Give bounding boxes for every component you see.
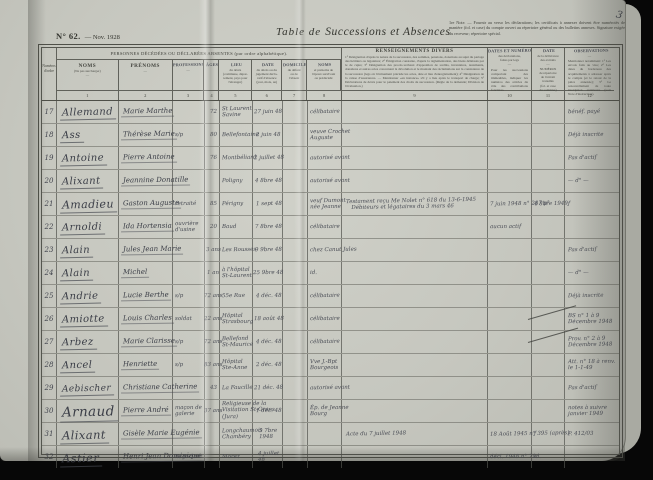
cell-profession: [173, 170, 205, 192]
cell-lieu-deces: à l'hôpital St-Laurent: [220, 262, 253, 284]
cell-declaration: [488, 331, 532, 353]
cell-epoux: célibataire: [308, 285, 342, 307]
cell-numero: 18: [42, 124, 57, 146]
cell-domicile: [283, 170, 308, 192]
cell-profession: négociant: [173, 446, 205, 468]
cell-declaration: décl. 1948 n° 79: [488, 446, 532, 468]
cell-observations: Att. n° 18 à renv. le 1-1-49: [565, 354, 614, 376]
cell-epoux: [308, 423, 342, 445]
cell-profession: retraité: [173, 193, 205, 215]
header-domicile: DOMICILE du défunt ou de l'absent: [282, 60, 307, 90]
cell-acte: [532, 377, 565, 399]
table-row: 17 Allemand Marie Marthe 72 St Laurent S…: [42, 101, 619, 124]
cell-lieu-deces: Poligny: [220, 170, 253, 192]
cell-prenoms: Marie Clarisse: [119, 331, 173, 353]
cell-age: 72: [205, 101, 220, 123]
header-numero-label: Numéros d'ordre: [42, 64, 55, 73]
cell-prenoms: Henri Jean Dominique: [119, 446, 173, 468]
cell-profession: [173, 239, 205, 261]
cell-observations: [565, 216, 614, 238]
cell-lieu-deces: St Laurent Savine: [220, 101, 253, 123]
cell-date-deces: 27 juin 48: [253, 101, 283, 123]
cell-acte: [532, 239, 565, 261]
cell-renseignements: [342, 147, 488, 169]
cell-observations: Pas d'actif: [565, 239, 614, 261]
cell-acte: [532, 400, 565, 422]
cell-age: 72 ans: [205, 331, 220, 353]
cell-renseignements: [342, 354, 488, 376]
cell-declaration: [488, 308, 532, 330]
cell-numero: 26: [42, 308, 57, 330]
cell-nom: Arnoldi: [57, 216, 119, 238]
cell-domicile: [283, 354, 308, 376]
document-page: N° 62. — Nov. 1928 Table de Successions …: [0, 0, 626, 461]
cell-lieu-deces: Morez: [220, 446, 253, 468]
cell-acte: [532, 101, 565, 123]
cell-observations: Déjà inscrite: [565, 285, 614, 307]
cell-lieu-deces: Bellefontaine: [220, 124, 253, 146]
form-date-label: — Nov. 1928: [85, 34, 120, 41]
cell-prenoms: Marie Marthe: [119, 101, 173, 123]
cell-acte: [532, 147, 565, 169]
cell-numero: 19: [42, 147, 57, 169]
cell-nom: Andrie: [57, 285, 119, 307]
cell-date-deces: 25 9bre 48: [253, 262, 283, 284]
cell-renseignements: [342, 170, 488, 192]
cell-age: 20: [205, 216, 220, 238]
cell-numero: 28: [42, 354, 57, 376]
header-acte: DATE de la délivrance des extraits — NUM…: [532, 48, 565, 100]
cell-nom: Alain: [57, 239, 119, 261]
cell-nom: Arnaud: [57, 400, 119, 422]
table-row: 31 Alixant Gisèle Marie Eugénie Longchau…: [42, 423, 619, 446]
cell-age: 83 ans: [205, 354, 220, 376]
cell-declaration: [488, 147, 532, 169]
cell-prenoms: Gisèle Marie Eugénie: [119, 423, 173, 445]
cell-nom: Arbez: [57, 331, 119, 353]
page-title-prefix: Table de: [276, 26, 321, 38]
cell-date-deces: 4 8bre 48: [253, 170, 283, 192]
cell-domicile: [283, 147, 308, 169]
form-number: N° 62. — Nov. 1928: [56, 26, 120, 44]
cell-numero: 27: [42, 331, 57, 353]
cell-date-deces: 2 déc. 48: [253, 354, 283, 376]
cell-observations: Pas d'actif: [565, 377, 614, 399]
cell-profession: [173, 377, 205, 399]
cell-observations: Déjà inscrite: [565, 124, 614, 146]
cell-lieu-deces: 55e Rue: [220, 285, 253, 307]
cell-domicile: [283, 193, 308, 215]
cell-declaration: [488, 101, 532, 123]
header-epoux: NOMS et prénoms de l'époux survivant ou …: [307, 60, 341, 90]
cell-age: 76: [205, 147, 220, 169]
table-row: 20 Alixant Jeannine Donatille Poligny 4 …: [42, 170, 619, 193]
cell-prenoms: Lucie Berthe: [119, 285, 173, 307]
scanned-register-page: N° 62. — Nov. 1928 Table de Successions …: [0, 0, 653, 480]
cell-domicile: [283, 377, 308, 399]
cell-nom: Alixant: [57, 423, 119, 445]
cell-profession: s/p: [173, 285, 205, 307]
table-frame: Numéros d'ordre PERSONNES DÉCÉDÉES OU DÉ…: [38, 44, 623, 458]
cell-date-deces: 9 9bre 48: [253, 239, 283, 261]
cell-epoux: célibataire: [308, 101, 342, 123]
nota-text: 1re Note. — Fournir au verso les déclara…: [449, 20, 625, 36]
cell-date-deces: 7 8bre 48: [253, 216, 283, 238]
cell-prenoms: Pierre Antoine: [119, 147, 173, 169]
cell-acte: [532, 331, 565, 353]
cell-observations: Prov. n° 2 à 9 Décembre 1948: [565, 331, 614, 353]
table-row: 18 Ass Thérèse Marie s/p 80 Bellefontain…: [42, 124, 619, 147]
cell-observations: Pas d'actif: [565, 147, 614, 169]
cell-date-deces: 4 juillet 48: [253, 446, 283, 468]
cell-lieu-deces: Hôpital Ste-Anne: [220, 354, 253, 376]
table-header: Numéros d'ordre PERSONNES DÉCÉDÉES OU DÉ…: [42, 48, 619, 101]
cell-domicile: [283, 331, 308, 353]
cell-domicile: [283, 124, 308, 146]
cell-acte: [532, 308, 565, 330]
cell-domicile: [283, 262, 308, 284]
table-row: 32 Astier Henri Jean Dominique négociant…: [42, 446, 619, 468]
table-row: 28 Ancel Henriette s/p 83 ans Hôpital St…: [42, 354, 619, 377]
table-row: 29 Aebischer Christiane Catherine 43 La …: [42, 377, 619, 400]
cell-prenoms: Jules Jean Marie: [119, 239, 173, 261]
cell-nom: Ancel: [57, 354, 119, 376]
cell-acte: [532, 216, 565, 238]
page-title-main: Successions et Absences: [325, 26, 450, 38]
cell-renseignements: [342, 239, 488, 261]
cell-prenoms: Gaston Auguste: [119, 193, 173, 215]
cell-age: 22 ans: [205, 308, 220, 330]
cell-acte: [532, 262, 565, 284]
header-prenoms: PRÉNOMS —: [119, 60, 173, 90]
cell-date-deces: 21 déc. 48: [253, 377, 283, 399]
cell-renseignements: [342, 331, 488, 353]
table-frame-inner: Numéros d'ordre PERSONNES DÉCÉDÉES OU DÉ…: [41, 47, 620, 455]
header-renseignements: RENSEIGNEMENTS DIVERS 1° Désignation d'a…: [342, 48, 488, 100]
table-row: 26 Amiotte Louis Charles soldat 22 ans H…: [42, 308, 619, 331]
cell-lieu-deces: Bellefond St-Maurice: [220, 331, 253, 353]
cell-numero: 30: [42, 400, 57, 422]
cell-acte: ƒ: [532, 423, 565, 445]
cell-renseignements: [342, 216, 488, 238]
cell-declaration: [488, 377, 532, 399]
cell-profession: s/p: [173, 331, 205, 353]
cell-age: 80: [205, 124, 220, 146]
cell-profession: s/p: [173, 354, 205, 376]
header-banner: PERSONNES DÉCÉDÉES OU DÉCLARÉES ABSENTES…: [57, 48, 341, 60]
header-columns-row: NOMS (Ne pas surcharger) — PRÉNOMS — PRO…: [57, 60, 341, 90]
header-date: DATE du décès ou du jugement décla- rati…: [252, 60, 282, 90]
cell-lieu-deces: Baud: [220, 216, 253, 238]
cell-epoux: autorisé avant: [308, 170, 342, 192]
table-row: 22 Arnoldi Ida Hortensia ouvrière d'usin…: [42, 216, 619, 239]
cell-declaration: [488, 262, 532, 284]
cell-epoux: célibataire: [308, 216, 342, 238]
cell-numero: 31: [42, 423, 57, 445]
cell-declaration: [488, 124, 532, 146]
cell-date-deces: 2 juin 48: [253, 124, 283, 146]
header-observations: OBSERVATIONS — Mentionner notamment: 1° …: [565, 48, 614, 100]
cell-profession: [173, 262, 205, 284]
cell-domicile: [283, 400, 308, 422]
cell-lieu-deces: Montbéliard: [220, 147, 253, 169]
cell-epoux: célibataire: [308, 331, 342, 353]
cell-prenoms: Ida Hortensia: [119, 216, 173, 238]
cell-renseignements: [342, 262, 488, 284]
cell-declaration: [488, 285, 532, 307]
cell-nom: Allemand: [57, 101, 119, 123]
cell-domicile: [283, 216, 308, 238]
cell-lieu-deces: Religieuse de la Visitation St-Orens (Ju…: [220, 400, 253, 422]
cell-numero: 21: [42, 193, 57, 215]
table-row: 27 Arbez Marie Clarisse s/p 72 ans Belle…: [42, 331, 619, 354]
cell-lieu-deces: Longchaumois Chambéry: [220, 423, 253, 445]
cell-numero: 20: [42, 170, 57, 192]
cell-numero: 22: [42, 216, 57, 238]
cell-nom: Astier: [57, 446, 119, 468]
cell-nom: Amiotte: [57, 308, 119, 330]
table-row: 24 Alain Michel 1 an à l'hôpital St-Laur…: [42, 262, 619, 285]
cell-date-deces: 2 juillet 48: [253, 147, 283, 169]
header-professions: PROFESSIONS —: [173, 60, 205, 90]
cell-epoux: id.: [308, 262, 342, 284]
cell-age: [205, 170, 220, 192]
cell-epoux: Vve J.-Bpt Bourgeois: [308, 354, 342, 376]
cell-lieu-deces: Hôpital Strasbourg: [220, 308, 253, 330]
cell-prenoms: Pierre André: [119, 400, 173, 422]
cell-renseignements: [342, 400, 488, 422]
header-lieu: LIEU du décès (commune, dépar- tement, p…: [219, 60, 252, 90]
cell-profession: s/p: [173, 124, 205, 146]
cell-prenoms: Henriette: [119, 354, 173, 376]
cell-numero: 29: [42, 377, 57, 399]
cell-prenoms: Thérèse Marie: [119, 124, 173, 146]
cell-observations: ƒ: [565, 193, 614, 215]
cell-prenoms: Michel: [119, 262, 173, 284]
cell-acte: id.: [532, 446, 565, 468]
cell-renseignements: [342, 285, 488, 307]
cell-renseignements: [342, 101, 488, 123]
cell-observations: — d° —: [565, 170, 614, 192]
cell-acte: 4 8bre 1949: [532, 193, 565, 215]
table-row: 30 Arnaud Pierre André maçon de galerie …: [42, 400, 619, 423]
header-personnes-block: PERSONNES DÉCÉDÉES OU DÉCLARÉES ABSENTES…: [57, 48, 342, 100]
cell-date-deces: 1 sept 48: [253, 193, 283, 215]
cell-observations: notes à suivre janvier 1949: [565, 400, 614, 422]
cell-lieu-deces: La Faucille: [220, 377, 253, 399]
cell-nom: Alixant: [57, 170, 119, 192]
cell-date-deces: 4 déc. 48: [253, 331, 283, 353]
cell-domicile: [283, 308, 308, 330]
cell-domicile: [283, 285, 308, 307]
cell-profession: soldat: [173, 308, 205, 330]
form-number-label: N° 62.: [56, 31, 81, 41]
cell-nom: Aebischer: [57, 377, 119, 399]
cell-profession: ouvrière d'usine: [173, 216, 205, 238]
cell-renseignements: Acte du 7 juillet 1948: [342, 423, 488, 445]
cell-profession: [173, 101, 205, 123]
cell-age: 37 ans: [205, 400, 220, 422]
cell-observations: P. 412/03: [565, 423, 614, 445]
cell-declaration: [488, 354, 532, 376]
cell-observations: BS n° 1 à 9 Décembre 1948: [565, 308, 614, 330]
cell-epoux: autorisé avant: [308, 147, 342, 169]
cell-nom: Antoine: [57, 147, 119, 169]
header-ages: ÂGES: [204, 60, 219, 90]
cell-epoux: célibataire: [308, 308, 342, 330]
cell-date-deces: 4 déc. 48: [253, 285, 283, 307]
header-declarations: DATES ET NUMÉROS des déclarations, faite…: [488, 48, 532, 100]
cell-declaration: [488, 170, 532, 192]
cell-observations: — d° —: [565, 262, 614, 284]
table-row: 25 Andrie Lucie Berthe s/p 72 ans 55e Ru…: [42, 285, 619, 308]
cell-prenoms: Louis Charles: [119, 308, 173, 330]
cell-domicile: [283, 446, 308, 468]
cell-date-deces: 5 7bre 1948: [253, 423, 283, 445]
cell-lieu-deces: Les Rousses: [220, 239, 253, 261]
cell-date-deces: 18 août 48: [253, 308, 283, 330]
page-title: Table de Successions et Absences: [276, 22, 451, 40]
table-row: 21 Amadieu Gaston Auguste retraité 85 Pé…: [42, 193, 619, 216]
cell-nom: Amadieu: [57, 193, 119, 215]
cell-declaration: 7 juin 1948 n° 287 p°: [488, 193, 532, 215]
cell-domicile: [283, 101, 308, 123]
header-numero: Numéros d'ordre: [42, 48, 57, 100]
cell-age: [205, 423, 220, 445]
cell-age: 1 an: [205, 262, 220, 284]
cell-age: 3 ans: [205, 239, 220, 261]
cell-age: 85: [205, 193, 220, 215]
cell-profession: maçon de galerie: [173, 400, 205, 422]
cell-renseignements: [342, 308, 488, 330]
cell-prenoms: Christiane Catherine: [119, 377, 173, 399]
cell-declaration: aucun actif: [488, 216, 532, 238]
cell-profession: [173, 423, 205, 445]
cell-age: 72 ans: [205, 285, 220, 307]
cell-domicile: [283, 239, 308, 261]
cell-numero: 24: [42, 262, 57, 284]
cell-declaration: [488, 239, 532, 261]
cell-acte: [532, 124, 565, 146]
cell-nom: Alain: [57, 262, 119, 284]
cell-renseignements: Testament reçu Me Nolet n° 618 du 13-6-1…: [342, 193, 488, 215]
cell-acte: [532, 170, 565, 192]
cell-declaration: 18 Août 1945 n° 395 (après): [488, 423, 532, 445]
cell-date-deces: 1 déc. 48: [253, 400, 283, 422]
cell-prenoms: Jeannine Donatille: [119, 170, 173, 192]
cell-age: [205, 446, 220, 468]
cell-declaration: [488, 400, 532, 422]
cell-renseignements: [342, 377, 488, 399]
cell-lieu-deces: Périgny: [220, 193, 253, 215]
cell-epoux: [308, 446, 342, 468]
cell-epoux: autorisé avant: [308, 377, 342, 399]
cell-numero: 25: [42, 285, 57, 307]
cell-epoux: chez Canut Jules: [308, 239, 342, 261]
cell-numero: 32: [42, 446, 57, 468]
cell-renseignements: [342, 124, 488, 146]
cell-age: 43: [205, 377, 220, 399]
header-column-numbers: 1 2 3 4 5 6 7 8: [57, 90, 341, 100]
cell-domicile: [283, 423, 308, 445]
cell-observations: bénéf. payé: [565, 101, 614, 123]
cell-renseignements: [342, 446, 488, 468]
table-row: 23 Alain Jules Jean Marie 3 ans Les Rous…: [42, 239, 619, 262]
cell-observations: [565, 446, 614, 468]
table-body: 17 Allemand Marie Marthe 72 St Laurent S…: [42, 101, 619, 468]
cell-acte: [532, 285, 565, 307]
header-noms: NOMS (Ne pas surcharger) —: [57, 60, 119, 90]
cell-acte: [532, 354, 565, 376]
table-row: 19 Antoine Pierre Antoine 76 Montbéliard…: [42, 147, 619, 170]
cell-nom: Ass: [57, 124, 119, 146]
cell-numero: 23: [42, 239, 57, 261]
cell-epoux: veuve Crochet Auguste: [308, 124, 342, 146]
cell-numero: 17: [42, 101, 57, 123]
cell-epoux: Ép. de Jeanne Bourg: [308, 400, 342, 422]
cell-profession: [173, 147, 205, 169]
cell-epoux: veuf Dumont née Jeanne: [308, 193, 342, 215]
